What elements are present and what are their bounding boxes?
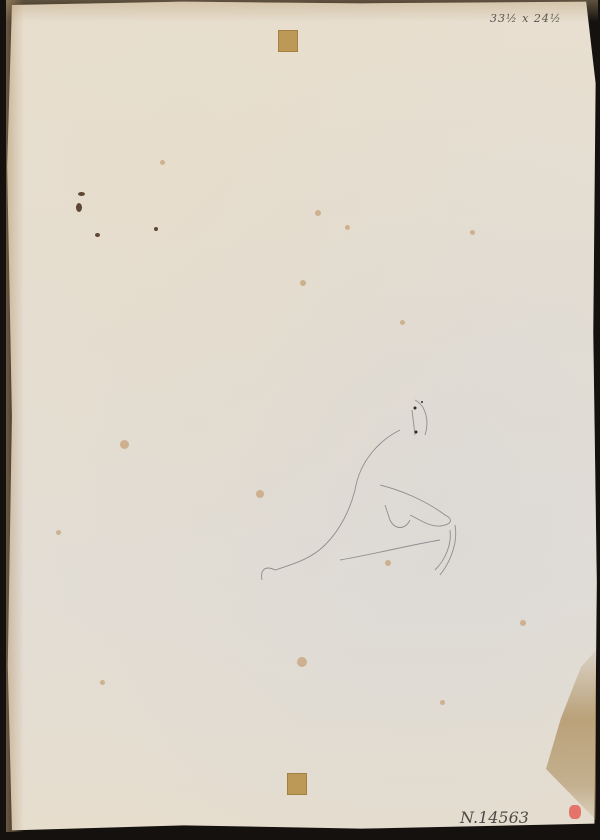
- pencil-sketch: [240, 380, 490, 600]
- foxing-spot: [440, 700, 445, 705]
- foxing-spot: [315, 210, 321, 216]
- paper-hinge-bottom: [287, 773, 307, 795]
- foxing-spot: [300, 280, 306, 286]
- ink-spot: [76, 203, 82, 212]
- dimensions-inscription: 33½ x 24½: [490, 12, 562, 25]
- foxing-spot: [160, 160, 165, 165]
- foxing-spot: [297, 657, 307, 667]
- ink-spot: [154, 227, 158, 231]
- foxing-spot: [100, 680, 105, 685]
- foxing-spot: [120, 440, 129, 449]
- inventory-number: N.14563: [460, 808, 529, 827]
- paper-hinge-top: [278, 30, 298, 52]
- foxing-spot: [520, 620, 526, 626]
- foxing-spot: [56, 530, 61, 535]
- ink-spot: [78, 192, 85, 196]
- foxing-spot: [345, 225, 350, 230]
- foxing-spot: [400, 320, 405, 325]
- paper-edge-toning-left: [6, 0, 24, 832]
- ink-spot: [95, 233, 100, 237]
- foxing-spot: [470, 230, 475, 235]
- collector-stamp: [569, 805, 581, 819]
